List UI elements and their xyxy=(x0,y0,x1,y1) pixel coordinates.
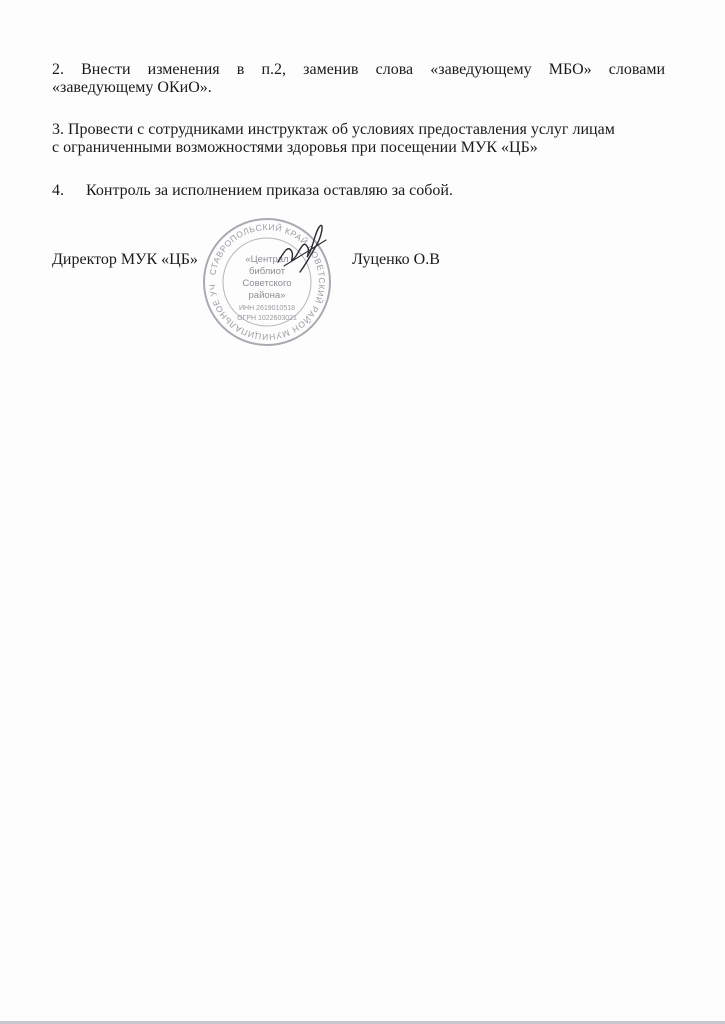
signature-name: Луценко О.В xyxy=(352,251,440,269)
handwritten-signature-icon xyxy=(270,222,330,277)
item-4-number: 4. xyxy=(52,182,64,199)
item-3-line-2: с ограниченными возможностями здоровья п… xyxy=(52,139,538,157)
svg-text:ИНН 2619010518: ИНН 2619010518 xyxy=(239,305,295,312)
item-2-line-2: «заведующему ОКиО». xyxy=(52,79,212,97)
item-4-text: Контроль за исполнением приказа оставляю… xyxy=(86,182,453,199)
item-2-line-1: 2. Внести изменения в п.2, заменив слова… xyxy=(52,61,665,79)
item-3-line-1: 3. Провести с сотрудниками инструктаж об… xyxy=(52,121,615,139)
stamp-center-line-3: Советского xyxy=(205,278,329,290)
signature-title: Директор МУК «ЦБ» xyxy=(52,251,198,269)
item-4: 4. Контроль за исполнением приказа остав… xyxy=(52,182,453,200)
stamp-center-line-4: района» xyxy=(205,290,329,302)
svg-text:ОГРН 1022603021: ОГРН 1022603021 xyxy=(237,315,297,322)
